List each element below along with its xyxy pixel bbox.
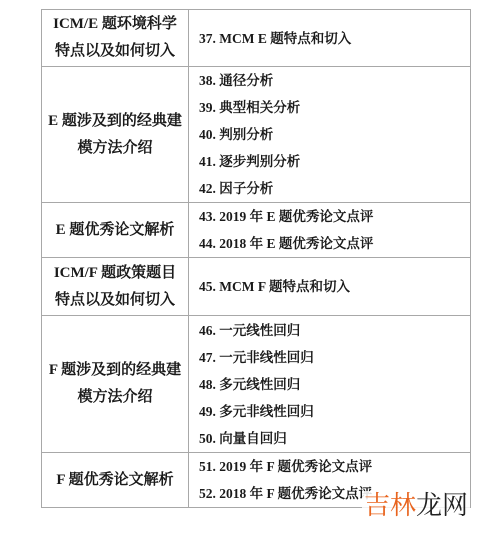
items-cell: 45. MCM F 题特点和切入 — [189, 258, 471, 316]
watermark-part1: 吉林 — [364, 491, 416, 521]
table-row: ICM/E 题环境科学特点以及如何切入 37. MCM E 题特点和切入 — [42, 10, 471, 67]
list-item: 50. 向量自回归 — [199, 425, 470, 452]
list-item: 45. MCM F 题特点和切入 — [199, 273, 470, 300]
course-outline-table: ICM/E 题环境科学特点以及如何切入 37. MCM E 题特点和切入 E 题… — [41, 9, 471, 508]
category-cell: F 题涉及到的经典建模方法介绍 — [42, 316, 189, 453]
list-item: 42. 因子分析 — [199, 175, 470, 202]
table-row: E 题涉及到的经典建模方法介绍 38. 通径分析 39. 典型相关分析 40. … — [42, 67, 471, 203]
list-item: 39. 典型相关分析 — [199, 94, 470, 121]
category-cell: ICM/F 题政策题目特点以及如何切入 — [42, 258, 189, 316]
list-item: 37. MCM E 题特点和切入 — [199, 25, 470, 52]
items-cell: 46. 一元线性回归 47. 一元非线性回归 48. 多元线性回归 49. 多元… — [189, 316, 471, 453]
list-item: 47. 一元非线性回归 — [199, 344, 470, 371]
items-cell: 43. 2019 年 E 题优秀论文点评 44. 2018 年 E 题优秀论文点… — [189, 203, 471, 258]
items-cell: 37. MCM E 题特点和切入 — [189, 10, 471, 67]
list-item: 48. 多元线性回归 — [199, 371, 470, 398]
site-watermark: 吉林龙网 — [362, 491, 470, 521]
watermark-part2: 龙网 — [416, 491, 468, 521]
list-item: 46. 一元线性回归 — [199, 317, 470, 344]
list-item: 49. 多元非线性回归 — [199, 398, 470, 425]
list-item: 51. 2019 年 F 题优秀论文点评 — [199, 453, 470, 480]
table-row: F 题涉及到的经典建模方法介绍 46. 一元线性回归 47. 一元非线性回归 4… — [42, 316, 471, 453]
items-cell: 38. 通径分析 39. 典型相关分析 40. 判别分析 41. 逐步判别分析 … — [189, 67, 471, 203]
category-cell: E 题涉及到的经典建模方法介绍 — [42, 67, 189, 203]
table-row: ICM/F 题政策题目特点以及如何切入 45. MCM F 题特点和切入 — [42, 258, 471, 316]
category-cell: E 题优秀论文解析 — [42, 203, 189, 258]
category-cell: ICM/E 题环境科学特点以及如何切入 — [42, 10, 189, 67]
list-item: 43. 2019 年 E 题优秀论文点评 — [199, 203, 470, 230]
list-item: 40. 判别分析 — [199, 121, 470, 148]
category-cell: F 题优秀论文解析 — [42, 453, 189, 508]
list-item: 44. 2018 年 E 题优秀论文点评 — [199, 230, 470, 257]
list-item: 41. 逐步判别分析 — [199, 148, 470, 175]
table-row: E 题优秀论文解析 43. 2019 年 E 题优秀论文点评 44. 2018 … — [42, 203, 471, 258]
list-item: 38. 通径分析 — [199, 67, 470, 94]
